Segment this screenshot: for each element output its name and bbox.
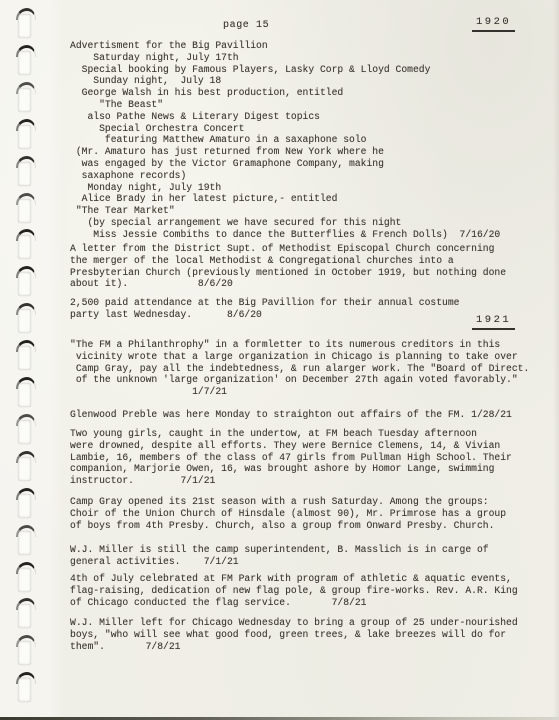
paragraph-miller-superintendent: W.J. Miller is still the camp superinten…: [70, 544, 489, 568]
paragraph-drowning-accident: Two young girls, caught in the undertow,…: [70, 428, 512, 487]
text-line: W.J. Miller left for Chicago Wednesday t…: [70, 617, 518, 629]
text-line: Miss Jessie Combiths to dance the Butter…: [70, 229, 500, 241]
binding-tooth-icon: [15, 672, 41, 704]
text-line: the merger of the local Methodist & Cong…: [70, 255, 506, 267]
text-line: Presbyterian Church (previously mentione…: [70, 267, 506, 279]
text-line: companion, Marjorie Owen, 16, was brough…: [70, 463, 512, 475]
binding-tooth-icon: [15, 340, 41, 372]
text-line: 4th of July celebrated at FM Park with p…: [70, 573, 518, 585]
binding-tooth-icon: [15, 8, 41, 40]
paragraph-camp-gray-21st-season: Camp Gray opened its 21st season with a …: [70, 496, 506, 531]
text-line: "The Tear Market": [70, 205, 500, 217]
page-number-label: page 15: [223, 20, 269, 31]
binding-ring-icon: [16, 8, 36, 20]
binding-ring-icon: [16, 340, 36, 352]
binding-ring-icon: [16, 303, 36, 315]
text-line: George Walsh in his best production, ent…: [70, 87, 500, 99]
text-line: boys, "who will see what good food, gree…: [70, 629, 518, 641]
binding-ring-icon: [16, 414, 36, 426]
paragraph-pavillion-costume-party: 2,500 paid attendance at the Big Pavilli…: [70, 297, 460, 321]
text-line: "The Beast": [70, 99, 500, 111]
scrapbook-page: page 15 1920 1921 Advertisment for the B…: [0, 0, 559, 720]
binding-tooth-icon: [15, 598, 41, 630]
binding-ring-icon: [16, 229, 36, 241]
binding-tooth-icon: [15, 303, 41, 335]
text-line: Two young girls, caught in the undertow,…: [70, 428, 512, 440]
paragraph-fm-philanthropy-formletter: "The FM a Philanthrophy" in a formletter…: [70, 339, 529, 398]
binding-ring-icon: [16, 562, 36, 574]
binding-ring-icon: [16, 82, 36, 94]
binding-tooth-icon: [15, 119, 41, 151]
binding-ring-icon: [16, 488, 36, 500]
text-line: vicinity wrote that a large organization…: [70, 351, 529, 363]
text-line: flag-raising, dedication of new flag pol…: [70, 585, 518, 597]
paragraph-glenwood-preble-visit: Glenwood Preble was here Monday to strai…: [70, 409, 512, 421]
text-line: Sunday night, July 18: [70, 75, 500, 87]
text-line: Lambie, 16, members of the class of 47 g…: [70, 452, 512, 464]
binding-ring-icon: [16, 193, 36, 205]
paragraph-miller-undernourished-boys: W.J. Miller left for Chicago Wednesday t…: [70, 617, 518, 652]
binding-tooth-icon: [15, 562, 41, 594]
binding-tooth-icon: [15, 45, 41, 77]
text-line: party last Wednesday. 8/6/20: [70, 309, 460, 321]
page-right-edge-shadow: [553, 0, 559, 720]
year-heading-1921: 1921: [472, 314, 515, 330]
binding-tooth-icon: [15, 229, 41, 261]
binding-ring-icon: [16, 266, 36, 278]
text-line: Alice Brady in her latest picture,- enti…: [70, 193, 500, 205]
text-line: were drowned, despite all efforts. They …: [70, 440, 512, 452]
text-line: Monday night, July 19th: [70, 182, 500, 194]
text-line: (by special arrangement we have secured …: [70, 217, 500, 229]
binding-ring-icon: [16, 598, 36, 610]
binding-ring-icon: [16, 45, 36, 57]
text-line: them". 7/8/21: [70, 641, 518, 653]
text-line: Glenwood Preble was here Monday to strai…: [70, 409, 512, 421]
binding-ring-icon: [16, 672, 36, 684]
binding-tooth-icon: [15, 156, 41, 188]
text-line: featuring Matthew Amaturo in a saxaphone…: [70, 134, 500, 146]
text-line: 2,500 paid attendance at the Big Pavilli…: [70, 297, 460, 309]
binding-tooth-icon: [15, 266, 41, 298]
text-line: "The FM a Philanthrophy" in a formletter…: [70, 339, 529, 351]
binding-tooth-icon: [15, 82, 41, 114]
year-heading-1920: 1920: [472, 16, 515, 32]
binding-ring-icon: [16, 119, 36, 131]
text-line: Saturday night, July 17th: [70, 52, 500, 64]
text-line: Special booking by Famous Players, Lasky…: [70, 64, 500, 76]
text-line: instructor. 7/1/21: [70, 475, 512, 487]
text-line: A letter from the District Supt. of Meth…: [70, 243, 506, 255]
text-line: general activities. 7/1/21: [70, 556, 489, 568]
text-line: Camp Gray opened its 21st season with a …: [70, 496, 506, 508]
text-line: Choir of the Union Church of Hinsdale (a…: [70, 508, 506, 520]
binding-ring-icon: [16, 156, 36, 168]
text-line: also Pathe News & Literary Digest topics: [70, 111, 500, 123]
text-line: (Mr. Amaturo has just returned from New …: [70, 146, 500, 158]
text-line: 1/7/21: [70, 386, 529, 398]
binding-tooth-icon: [15, 193, 41, 225]
binding-tooth-icon: [15, 451, 41, 483]
text-line: of boys from 4th Presby. Church, also a …: [70, 520, 506, 532]
text-line: of Chicago conducted the flag service. 7…: [70, 597, 518, 609]
binding-tooth-icon: [15, 488, 41, 520]
binding-tooth-icon: [15, 525, 41, 557]
text-line: about it). 8/6/20: [70, 278, 506, 290]
text-line: W.J. Miller is still the camp superinten…: [70, 544, 489, 556]
binding-ring-icon: [16, 635, 36, 647]
paragraph-advertisement-big-pavillion: Advertisment for the Big Pavillion Satur…: [70, 40, 500, 241]
binding-ring-icon: [16, 451, 36, 463]
binding-tooth-icon: [15, 414, 41, 446]
text-line: was engaged by the Victor Gramaphone Com…: [70, 158, 500, 170]
text-line: Special Orchestra Concert: [70, 123, 500, 135]
binding-ring-icon: [16, 377, 36, 389]
binding-tooth-icon: [15, 377, 41, 409]
binding-tooth-icon: [15, 635, 41, 667]
text-line: saxaphone records): [70, 170, 500, 182]
binding-ring-icon: [16, 525, 36, 537]
text-line: Camp Gray, pay all the indebtedness, & r…: [70, 363, 529, 375]
binding-strip: [0, 0, 52, 720]
paragraph-church-merger-letter: A letter from the District Supt. of Meth…: [70, 243, 506, 290]
text-line: of the unknown 'large organization' on D…: [70, 374, 529, 386]
text-line: Advertisment for the Big Pavillion: [70, 40, 500, 52]
paragraph-fourth-of-july-fm-park: 4th of July celebrated at FM Park with p…: [70, 573, 518, 608]
